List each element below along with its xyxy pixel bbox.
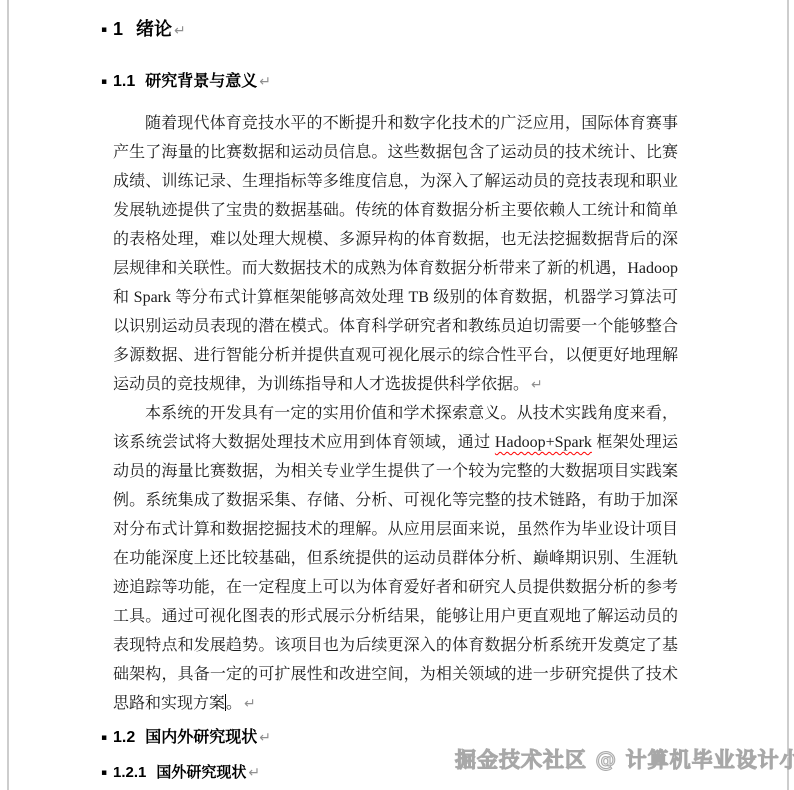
- line-text: 框架处理运: [592, 434, 678, 451]
- heading-chapter-1[interactable]: ▪1绪论↵: [113, 16, 678, 44]
- paragraph-1[interactable]: 随着现代体育竞技水平的不断提升和数字化技术的广泛应用，国际体育赛事 产生了海量的…: [113, 109, 678, 399]
- paragraph-mark-icon: ↵: [259, 730, 271, 746]
- heading-title: 研究背景与意义: [145, 73, 257, 90]
- paragraph-line[interactable]: 成绩、训练记录、生理指标等多维度信息，为深入了解运动员的竞技表现和职业: [113, 167, 678, 196]
- heading-section-1-1[interactable]: ▪1.1研究背景与意义↵: [113, 70, 678, 94]
- paragraph-line[interactable]: 该系统尝试将大数据处理技术应用到体育领域，通过 Hadoop+Spark 框架处…: [113, 428, 678, 457]
- heading-number: 1.2.1: [113, 764, 146, 781]
- heading-title: 国外研究现状: [156, 764, 246, 781]
- paragraph-line[interactable]: 工具。通过可视化图表的形式展示分析结果，能够让用户更直观地了解运动员的: [113, 602, 678, 631]
- document-page: ▪1绪论↵ ▪1.1研究背景与意义↵ 随着现代体育竞技水平的不断提升和数字化技术…: [0, 0, 794, 790]
- paragraph-mark-icon: ↵: [248, 765, 260, 781]
- heading-number: 1: [113, 19, 123, 39]
- paragraph-mark-icon: ↵: [244, 696, 256, 712]
- paragraph-line[interactable]: 对分布式计算和数据挖掘技术的理解。从应用层面来说，虽然作为毕业设计项目: [113, 515, 678, 544]
- outline-bullet-icon: ▪: [101, 26, 107, 35]
- line-text: 思路和实现方案: [113, 695, 225, 712]
- paragraph-line[interactable]: 表现特点和发展趋势。该项目也为后续更深入的体育数据分析系统开发奠定了基: [113, 631, 678, 660]
- paragraph-mark-icon: ↵: [259, 74, 271, 90]
- paragraph-line[interactable]: 发展轨迹提供了宝贵的数据基础。传统的体育数据分析主要依赖人工统计和简单: [113, 196, 678, 225]
- heading-number: 1.1: [113, 73, 135, 90]
- paragraph-line[interactable]: 和 Spark 等分布式计算框架能够高效处理 TB 级别的体育数据，机器学习算法…: [113, 283, 678, 312]
- paragraph-2[interactable]: 本系统的开发具有一定的实用价值和学术探索意义。从技术实践角度来看， 该系统尝试将…: [113, 399, 678, 718]
- outline-bullet-icon: ▪: [101, 769, 107, 778]
- paragraph-line[interactable]: 层规律和关联性。而大数据技术的成熟为体育数据分析带来了新的机遇，Hadoop: [113, 254, 678, 283]
- heading-number: 1.2: [113, 729, 135, 746]
- paragraph-line[interactable]: 多源数据、进行智能分析并提供直观可视化展示的综合性平台，以便更好地理解: [113, 341, 678, 370]
- paragraph-line[interactable]: 以识别运动员表现的潜在模式。体育科学研究者和教练员迫切需要一个能够整合: [113, 312, 678, 341]
- paragraph-line[interactable]: 例。系统集成了数据采集、存储、分析、可视化等完整的技术链路，有助于加深: [113, 486, 678, 515]
- watermark: 掘金技术社区 @ 计算机毕业设计小途: [455, 744, 794, 774]
- spellcheck-flagged-word[interactable]: Hadoop+Spark: [495, 434, 592, 451]
- outline-bullet-icon: ▪: [101, 734, 107, 743]
- line-text: 运动员的竞技规律，为训练指导和人才选拔提供科学依据。: [113, 376, 529, 393]
- paragraph-line[interactable]: 运动员的竞技规律，为训练指导和人才选拔提供科学依据。↵: [113, 370, 678, 399]
- paragraph-line[interactable]: 思路和实现方案。↵: [113, 689, 678, 718]
- line-text: 该系统尝试将大数据处理技术应用到体育领域，通过: [113, 434, 495, 451]
- paragraph-line[interactable]: 础架构，具备一定的可扩展性和改进空间，为相关领域的进一步研究提供了技术: [113, 660, 678, 689]
- heading-title: 国内外研究现状: [145, 729, 257, 746]
- paragraph-line[interactable]: 本系统的开发具有一定的实用价值和学术探索意义。从技术实践角度来看，: [113, 399, 678, 428]
- page-border-left: [7, 0, 9, 790]
- paragraph-mark-icon: ↵: [174, 23, 186, 39]
- page-border-right: [787, 0, 789, 790]
- paragraph-line[interactable]: 产生了海量的比赛数据和运动员信息。这些数据包含了运动员的技术统计、比赛: [113, 138, 678, 167]
- document-content: ▪1绪论↵ ▪1.1研究背景与意义↵ 随着现代体育竞技水平的不断提升和数字化技术…: [113, 0, 678, 784]
- line-text: 。: [226, 695, 242, 712]
- paragraph-line[interactable]: 动员的海量比赛数据，为相关专业学生提供了一个较为完整的大数据项目实践案: [113, 457, 678, 486]
- outline-bullet-icon: ▪: [101, 78, 107, 87]
- paragraph-line[interactable]: 迹追踪等功能，在一定程度上可以为体育爱好者和研究人员提供数据分析的参考: [113, 573, 678, 602]
- paragraph-line[interactable]: 随着现代体育竞技水平的不断提升和数字化技术的广泛应用，国际体育赛事: [113, 109, 678, 138]
- paragraph-line[interactable]: 在功能深度上还比较基础，但系统提供的运动员群体分析、巅峰期识别、生涯轨: [113, 544, 678, 573]
- paragraph-line[interactable]: 的表格处理，难以处理大规模、多源异构的体育数据，也无法挖掘数据背后的深: [113, 225, 678, 254]
- heading-title: 绪论: [136, 19, 172, 39]
- paragraph-mark-icon: ↵: [531, 377, 543, 393]
